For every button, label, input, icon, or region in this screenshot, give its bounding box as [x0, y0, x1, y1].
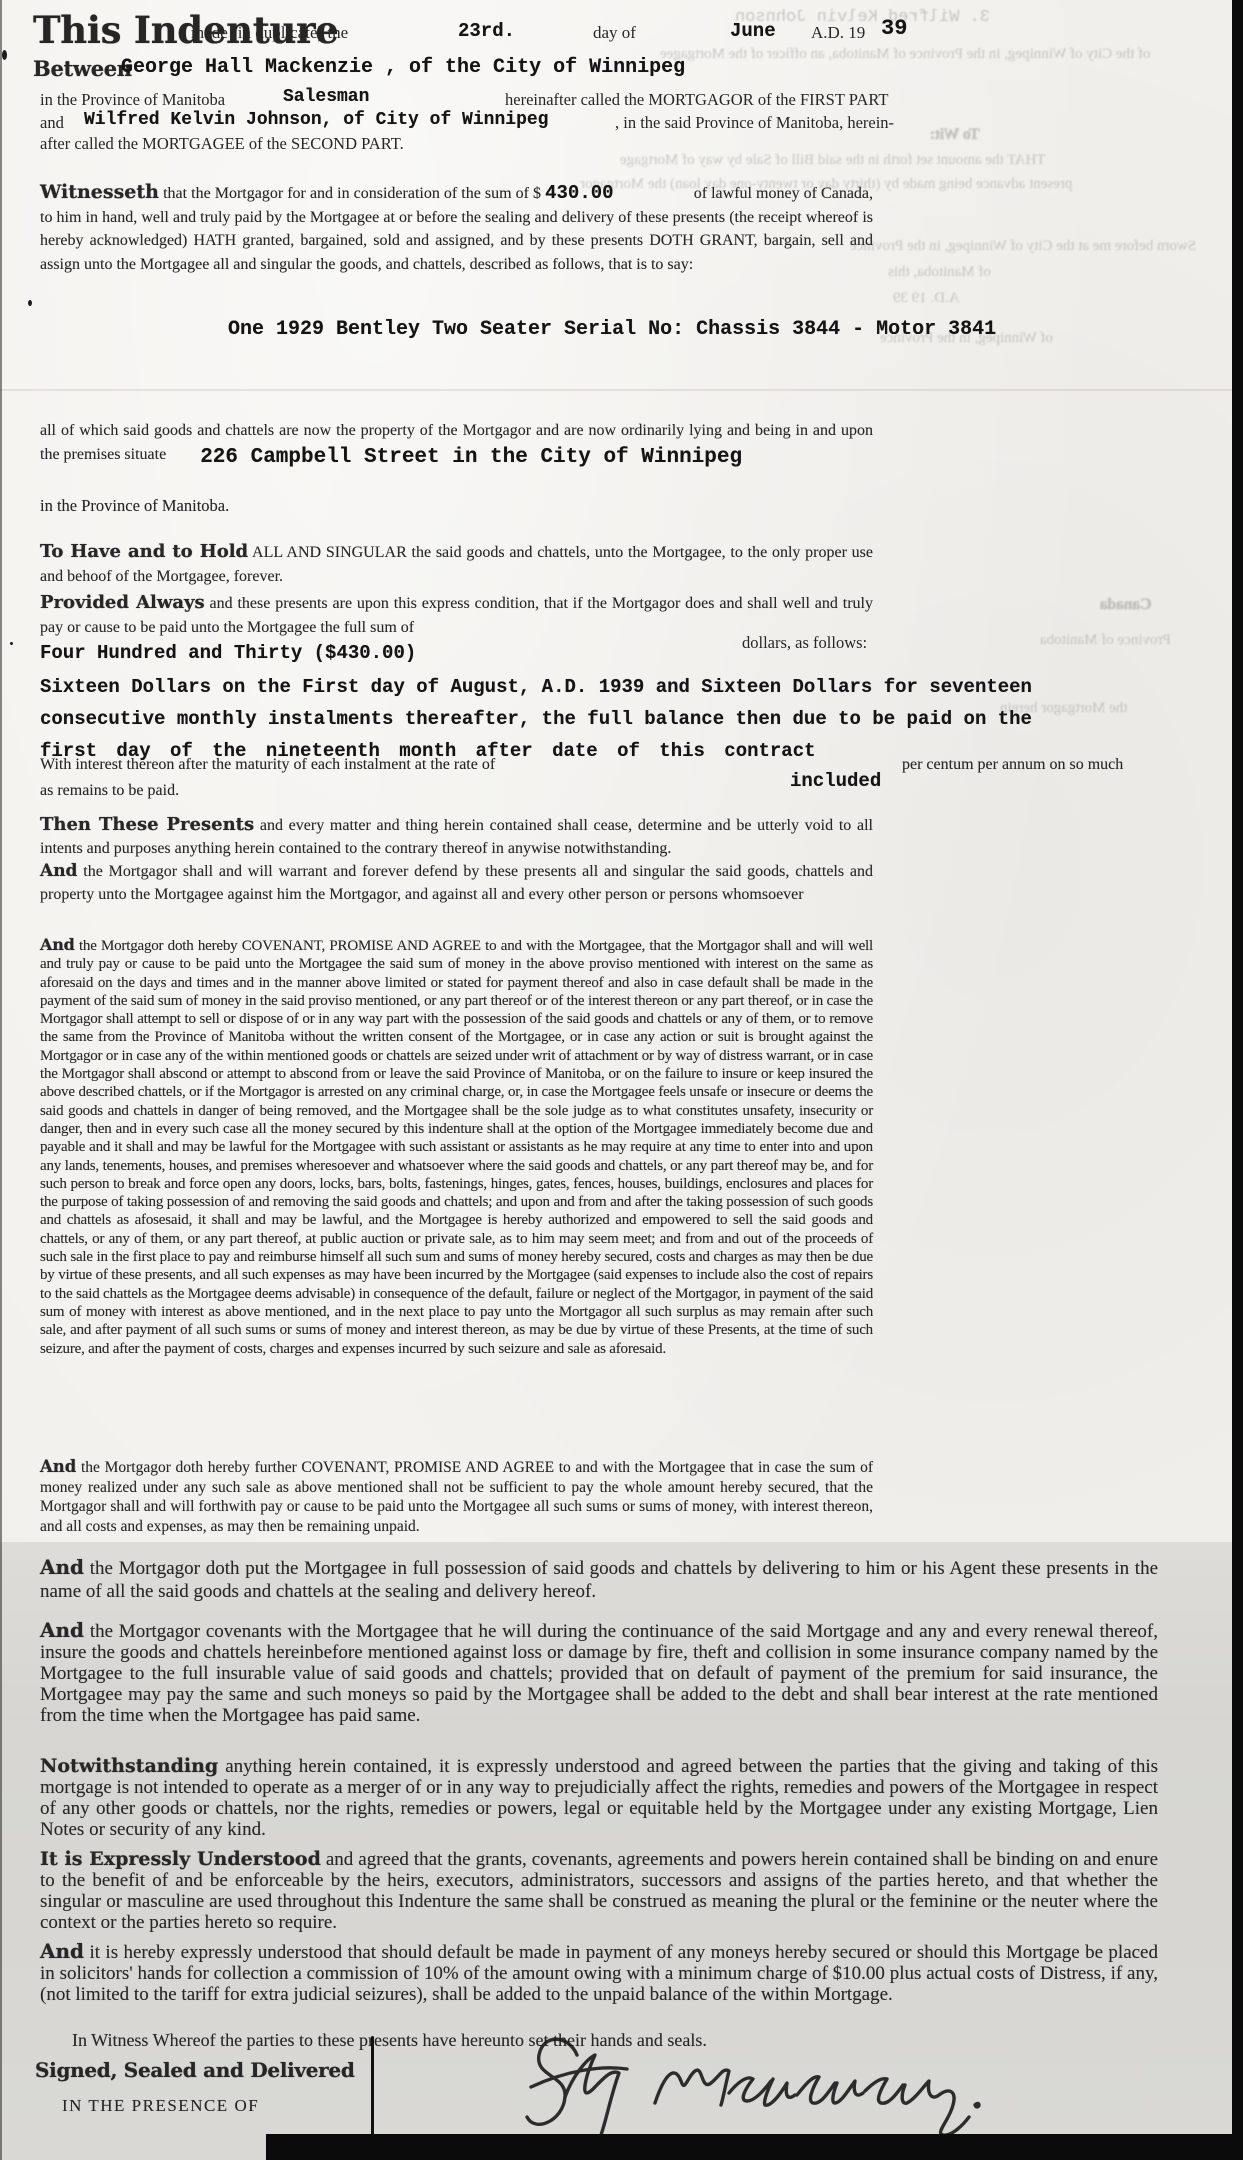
default-clause-paragraph: And it is hereby expressly understood th… — [40, 1941, 1158, 2005]
bleed-through-text: THAT the amount set forth in the said Bi… — [620, 152, 1045, 169]
premises-address-typed: 226 Campbell Street in the City of Winni… — [200, 446, 742, 469]
mortgagor-post-text: hereinafter called the MORTGAGOR of the … — [505, 90, 888, 110]
made-in-duplicate-text: made (in duplicate) the — [191, 23, 348, 43]
interest-clause-tail: as remains to be paid. — [40, 782, 179, 800]
notwithstanding-label: Notwithstanding — [40, 1755, 218, 1777]
warrant-paragraph: And the Mortgagor shall and will warrant… — [40, 860, 873, 906]
province-pre-text: in the Province of Manitoba — [40, 90, 225, 110]
then-presents-label: Then These Presents — [40, 814, 254, 835]
scan-edge-left — [0, 0, 2, 2160]
payment-schedule-typed-line: Sixteen Dollars on the First day of Augu… — [40, 676, 1032, 698]
bleed-through-text: Sworn before me at the City of Winnipeg,… — [850, 238, 1196, 255]
payment-amount-typed: Four Hundred and Thirty ($430.00) — [40, 642, 416, 664]
second-part-line: after called the MORTGAGEE of the SECOND… — [40, 134, 404, 154]
witness-bracket-line — [371, 2036, 374, 2136]
ink-speck — [10, 642, 13, 645]
default-clause-text: it is hereby expressly understood that s… — [40, 1942, 1158, 2005]
ink-speck — [2, 50, 7, 60]
insurance-text: the Mortgagor covenants with the Mortgag… — [40, 1621, 1158, 1726]
payment-schedule-typed-line: consecutive monthly instalments thereaft… — [40, 708, 1032, 730]
signed-sealed-delivered-label: Signed, Sealed and Delivered — [35, 2058, 355, 2082]
day-of-text: day of — [593, 23, 636, 43]
to-have-label: To Have and to Hold — [40, 541, 248, 562]
interest-clause-post: per centum per annum on so much — [902, 756, 1123, 774]
insurance-label: And — [40, 1618, 84, 1642]
scan-edge-right — [1232, 0, 1243, 2160]
possession-paragraph: And the Mortgagor doth put the Mortgagee… — [40, 1556, 1158, 1603]
further-covenant-paragraph: And the Mortgagor doth hereby further CO… — [40, 1457, 873, 1536]
ink-speck — [28, 300, 32, 306]
mortgagee-post-text: , in the said Province of Manitoba, here… — [615, 113, 894, 133]
covenant-paragraph: And the Mortgagor doth hereby COVENANT, … — [40, 936, 873, 1358]
mortgagor-name-typed: George Hall Mackenzie , of the City of W… — [121, 56, 685, 79]
covenant-label: And — [40, 935, 75, 954]
covenant-text: the Mortgagor doth hereby COVENANT, PROM… — [40, 938, 873, 1357]
scan-edge-bottom — [266, 2134, 1243, 2160]
bleed-through-text: Province of Manitoba — [1040, 632, 1171, 649]
expressly-understood-paragraph: It is Expressly Understood and agreed th… — [40, 1849, 1158, 1933]
dollars-as-follows-text: dollars, as follows: — [742, 633, 867, 653]
warrant-text: the Mortgagor shall and will warrant and… — [40, 863, 873, 903]
default-clause-label: And — [40, 1939, 84, 1963]
year-typed: 39 — [881, 16, 907, 41]
bleed-through-text: of Manitoba, this — [888, 264, 991, 281]
province-of-manitoba-line: in the Province of Manitoba. — [40, 496, 229, 516]
amount-typed: 430.00 — [545, 182, 613, 204]
day-number-typed: 23rd. — [458, 20, 515, 42]
further-covenant-text: the Mortgagor doth hereby further COVENA… — [40, 1459, 873, 1535]
goods-description-typed: One 1929 Bentley Two Seater Serial No: C… — [228, 318, 996, 341]
included-typed: included — [790, 770, 881, 792]
header-line: This Indenture made (in duplicate) the 2… — [33, 8, 1213, 56]
expressly-understood-label: It is Expressly Understood — [40, 1848, 321, 1870]
witnesseth-text-pre: that the Mortgagor for and in considerat… — [163, 185, 541, 202]
ad-19-text: A.D. 19 — [811, 23, 865, 43]
mortgagee-name-typed: Wilfred Kelvin Johnson, of City of Winni… — [84, 110, 548, 130]
bleed-through-text: Canada — [1100, 596, 1152, 614]
between-label: Between — [33, 56, 132, 81]
witnesseth-paragraph: Witnesseth that the Mortgagor for and in… — [40, 181, 873, 276]
interest-clause-pre: With interest thereon after the maturity… — [40, 756, 495, 774]
bleed-through-text: A.D. 19 39 — [893, 290, 960, 307]
possession-text: the Mortgagor doth put the Mortgagee in … — [40, 1558, 1158, 1602]
premises-paragraph: all of which said goods and chattels are… — [40, 419, 873, 466]
and-label: and — [40, 113, 64, 133]
mortgagee-line: and Wilfred Kelvin Johnson, of City of W… — [40, 110, 940, 136]
warrant-label: And — [40, 861, 77, 881]
notwithstanding-paragraph: Notwithstanding anything herein containe… — [40, 1756, 1158, 1840]
document-page: 3. Wilfred Kelvin Johnson of the City of… — [0, 0, 1243, 2160]
in-the-presence-of-label: IN THE PRESENCE OF — [62, 2096, 259, 2116]
insurance-paragraph: And the Mortgagor covenants with the Mor… — [40, 1620, 1158, 1726]
occupation-typed: Salesman — [283, 87, 369, 107]
month-typed: June — [730, 20, 776, 42]
between-line: Between George Hall Mackenzie , of the C… — [33, 54, 933, 84]
to-have-paragraph: To Have and to Hold ALL AND SINGULAR the… — [40, 540, 873, 589]
witnesseth-label: Witnesseth — [40, 181, 159, 203]
further-covenant-label: And — [40, 1457, 76, 1476]
possession-label: And — [40, 1555, 84, 1579]
paper-crease — [0, 389, 1243, 391]
signature — [515, 2025, 1005, 2150]
then-presents-paragraph: Then These Presents and every matter and… — [40, 813, 873, 860]
provided-label: Provided Always — [40, 592, 205, 613]
